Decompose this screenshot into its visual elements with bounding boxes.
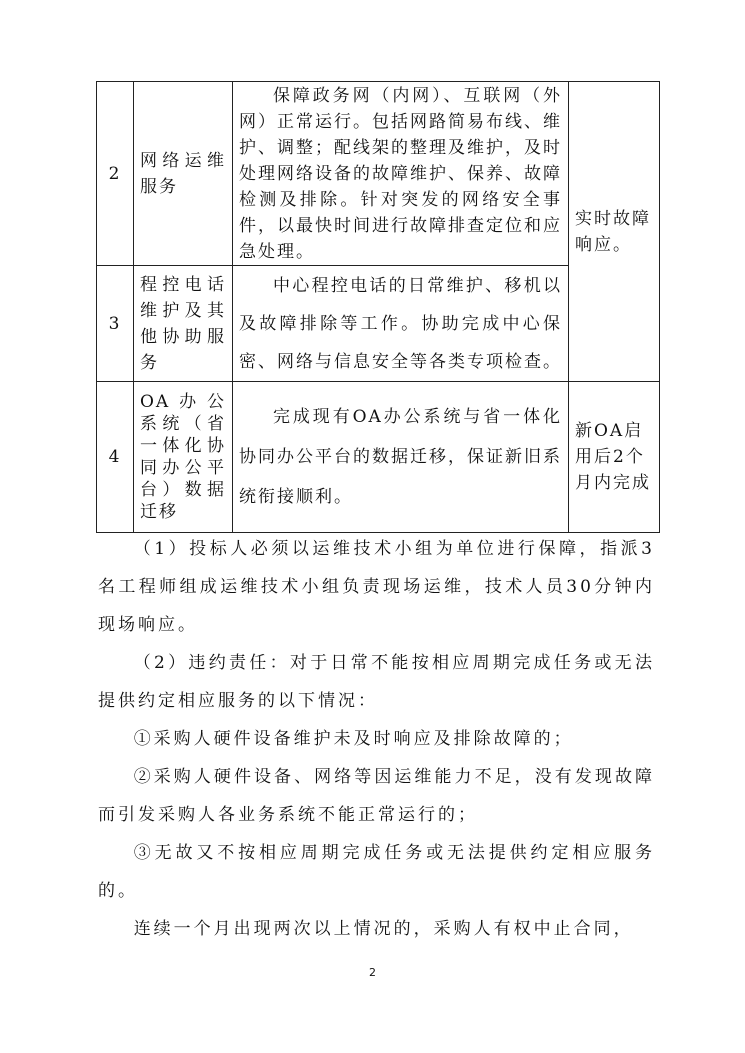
document-page: 2 网络运维服务 保障政务网（内网）、互联网（外网）正常运行。包括网路简易布线、…: [0, 0, 745, 1053]
service-description-text: 完成现有OA办公系统与省一体化协同办公平台的数据迁移，保证新旧系统衔接顺利。: [239, 397, 562, 517]
service-description: 中心程控电话的日常维护、移机以及故障排除等工作。协助完成中心保密、网络与信息安全…: [233, 266, 569, 382]
paragraph-item-2: ②采购人硬件设备、网络等因运维能力不足，没有发现故障而引发采购人各业务系统不能正…: [98, 758, 655, 834]
service-table: 2 网络运维服务 保障政务网（内网）、互联网（外网）正常运行。包括网路简易布线、…: [96, 81, 660, 533]
service-description-text: 中心程控电话的日常维护、移机以及故障排除等工作。协助完成中心保密、网络与信息安全…: [239, 267, 562, 381]
service-time: 新OA启用后2个月内完成: [569, 382, 660, 533]
paragraph-item-3: ③无故又不按相应周期完成任务或无法提供约定相应服务的。: [98, 834, 655, 910]
paragraph-item-1: ①采购人硬件设备维护未及时响应及排除故障的；: [98, 720, 655, 758]
body-text: （1）投标人必须以运维技术小组为单位进行保障，指派3名工程师组成运维技术小组负责…: [98, 530, 655, 948]
service-time: 实时故障响应。: [569, 82, 660, 382]
page-number: 2: [0, 966, 745, 979]
paragraph-liability: （2）违约责任：对于日常不能按相应周期完成任务或无法提供约定相应服务的以下情况：: [98, 644, 655, 720]
row-number: 2: [97, 82, 134, 266]
row-number: 4: [97, 382, 134, 533]
paragraph-termination: 连续一个月出现两次以上情况的，采购人有权中止合同，: [98, 910, 655, 948]
service-name: 程控电话维护及其他协助服务: [134, 266, 233, 382]
service-name: OA办公系统（省一体化协同办公平台）数据迁移: [134, 382, 233, 533]
table-row: 2 网络运维服务 保障政务网（内网）、互联网（外网）正常运行。包括网路简易布线、…: [97, 82, 660, 266]
service-description: 完成现有OA办公系统与省一体化协同办公平台的数据迁移，保证新旧系统衔接顺利。: [233, 382, 569, 533]
paragraph-staffing: （1）投标人必须以运维技术小组为单位进行保障，指派3名工程师组成运维技术小组负责…: [98, 530, 655, 644]
service-name: 网络运维服务: [134, 82, 233, 266]
service-description-text: 保障政务网（内网）、互联网（外网）正常运行。包括网路简易布线、维护、调整；配线架…: [239, 83, 562, 265]
row-number: 3: [97, 266, 134, 382]
table-row: 4 OA办公系统（省一体化协同办公平台）数据迁移 完成现有OA办公系统与省一体化…: [97, 382, 660, 533]
service-description: 保障政务网（内网）、互联网（外网）正常运行。包括网路简易布线、维护、调整；配线架…: [233, 82, 569, 266]
